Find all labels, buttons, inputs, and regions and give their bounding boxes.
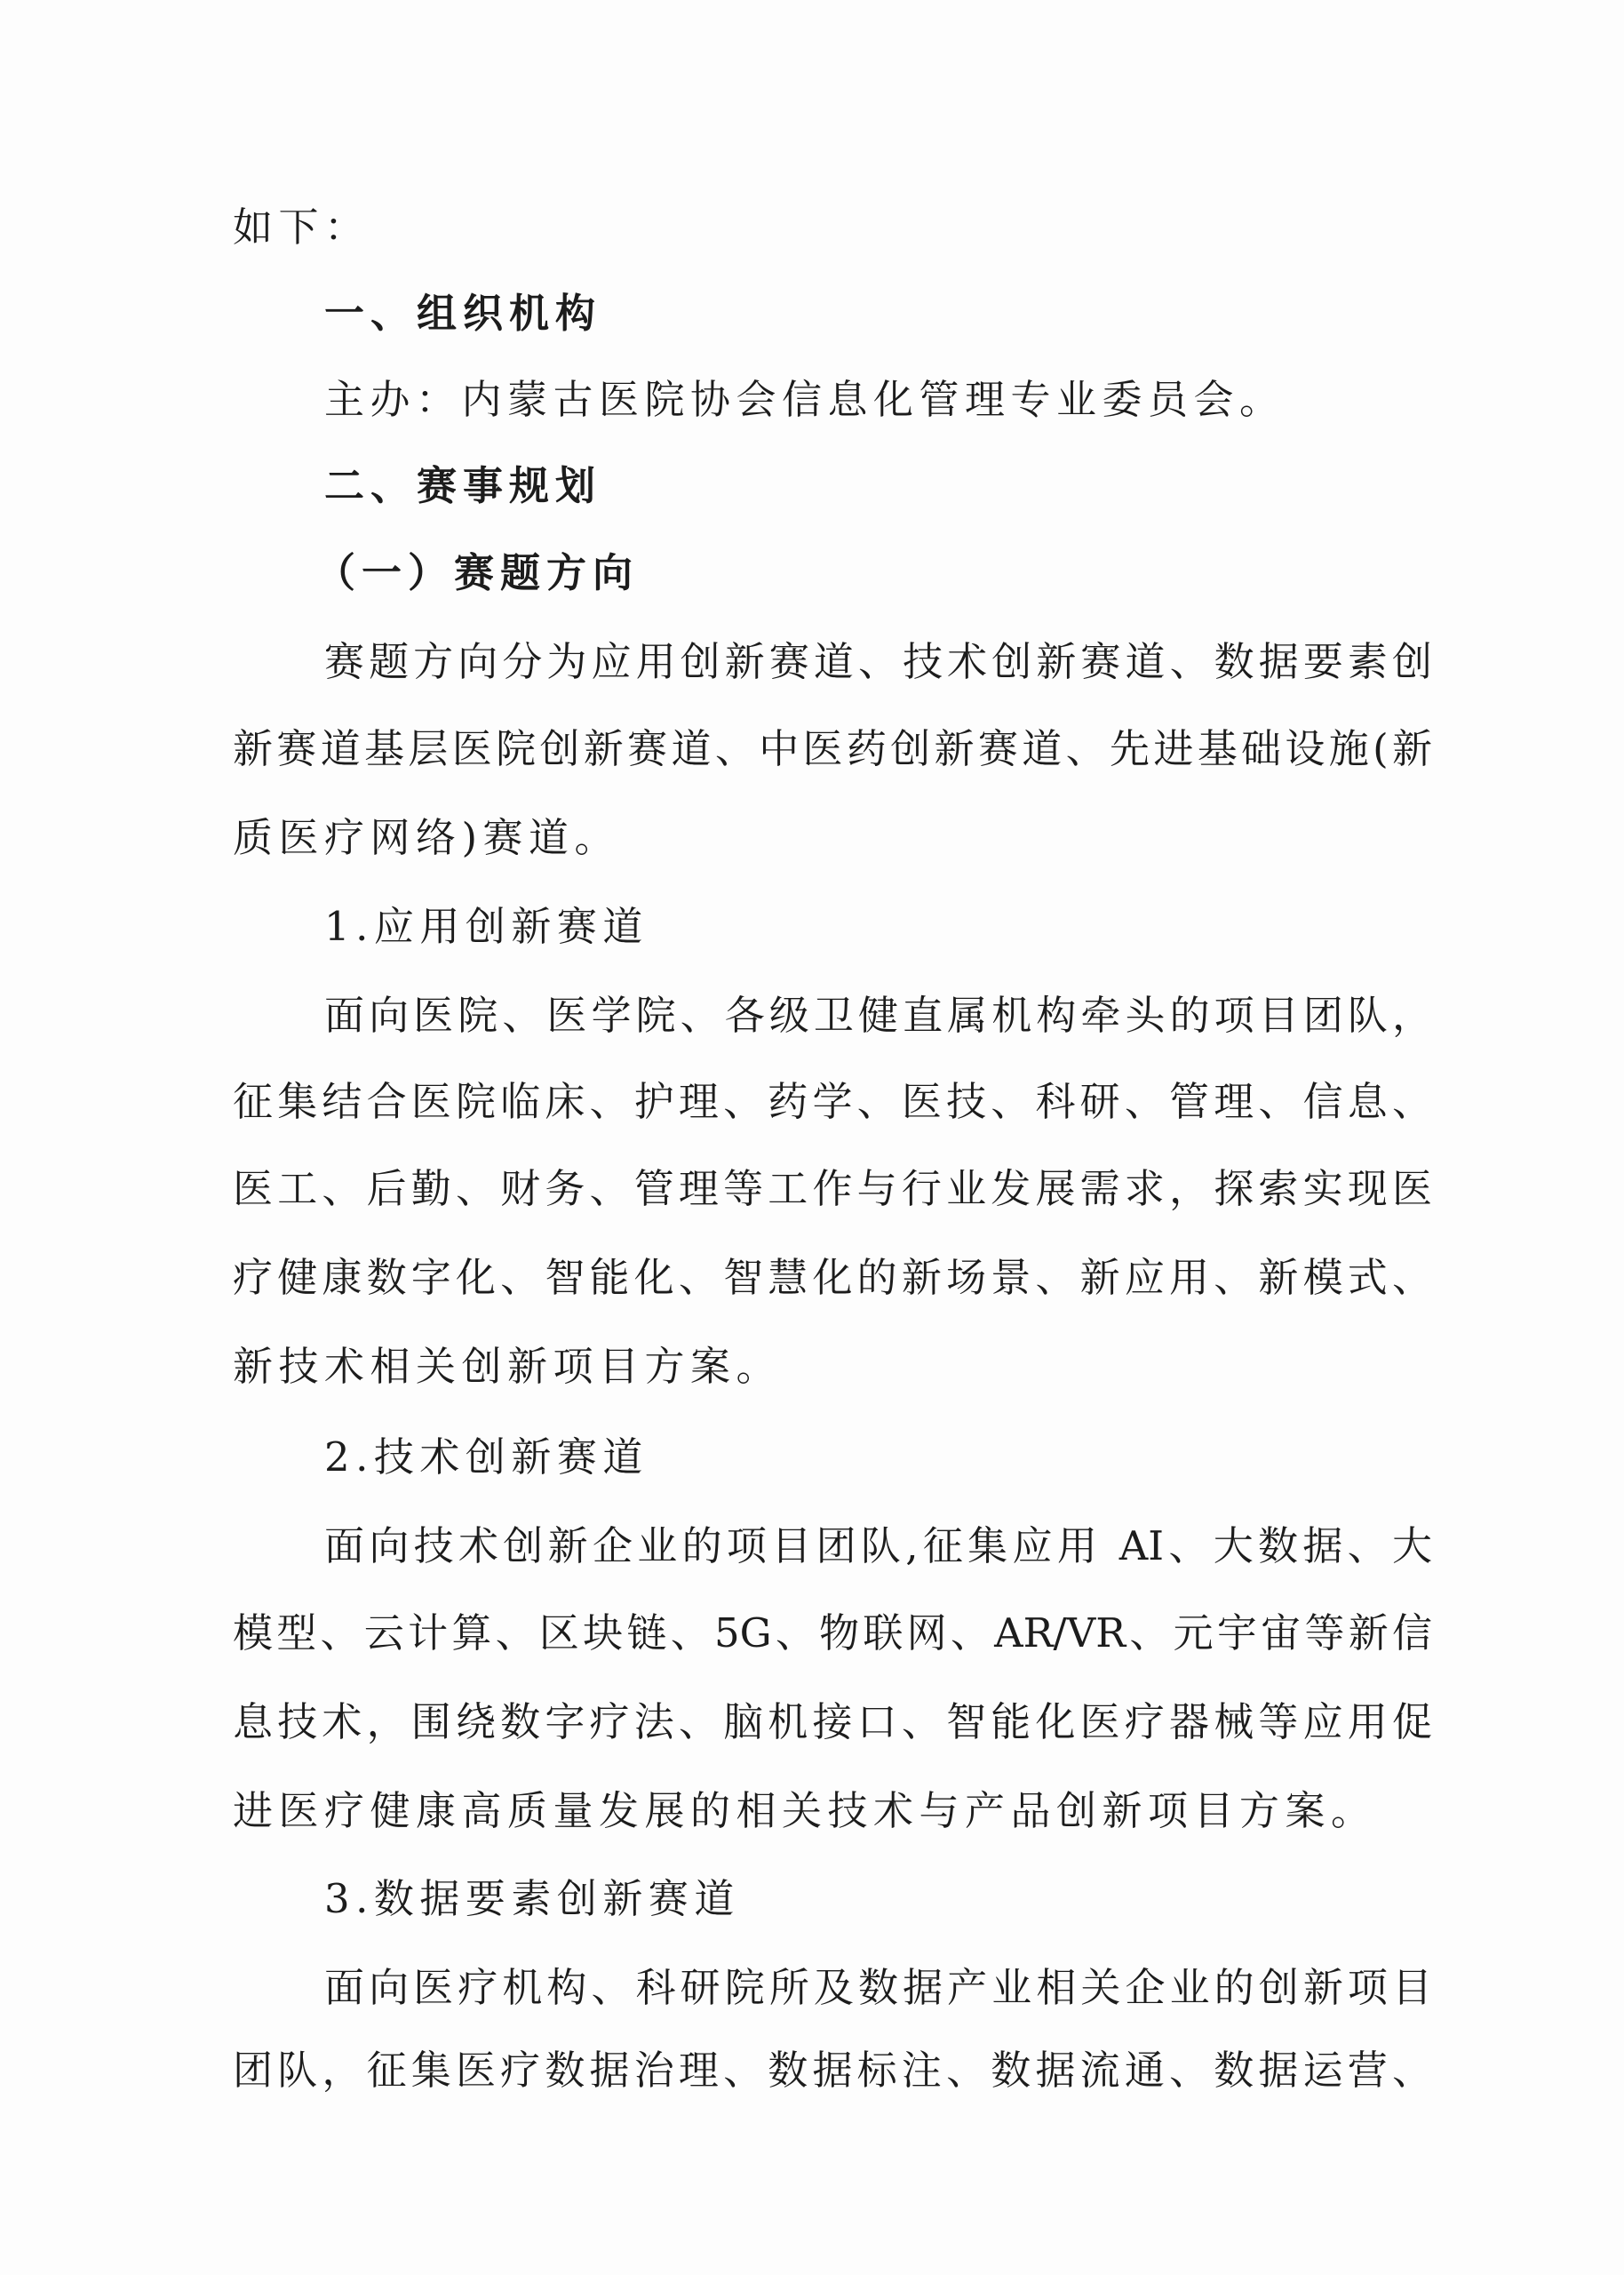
track-title-application: 1.应用创新赛道: [324, 900, 1524, 954]
paragraph-line: 进医疗健康高质量发展的相关技术与产品创新项目方案。: [233, 1784, 1432, 1838]
track-title-data-elements: 3.数据要素创新赛道: [324, 1872, 1524, 1926]
paragraph-line: 团队，征集医疗数据治理、数据标注、数据流通、数据运营、: [233, 2044, 1432, 2097]
paragraph-line: 面向医疗机构、科研院所及数据产业相关企业的创新项目: [324, 1961, 1432, 2015]
host-statement: 主办：内蒙古医院协会信息化管理专业委员会。: [324, 373, 1524, 427]
paragraph-line: 模型、云计算、区块链、5G、物联网、AR/VR、元宇宙等新信: [233, 1607, 1432, 1660]
section-heading-organization: 一、组织机构: [324, 287, 1524, 340]
paragraph-line: 赛题方向分为应用创新赛道、技术创新赛道、数据要素创: [324, 635, 1432, 689]
paragraph-line: 面向医院、医学院、各级卫健直属机构牵头的项目团队，: [324, 989, 1432, 1042]
paragraph-line: 征集结合医院临床、护理、药学、医技、科研、管理、信息、: [233, 1075, 1432, 1129]
section-heading-planning: 二、赛事规划: [324, 459, 1524, 513]
track-title-technology: 2.技术创新赛道: [324, 1431, 1524, 1484]
paragraph-line: 新赛道基层医院创新赛道、中医药创新赛道、先进基础设施(新: [233, 722, 1432, 776]
paragraph-line: 疗健康数字化、智能化、智慧化的新场景、新应用、新模式、: [233, 1251, 1432, 1305]
paragraph-line: 面向技术创新企业的项目团队,征集应用 AI、大数据、大: [324, 1520, 1432, 1573]
intro-text: 如下：: [233, 201, 1432, 254]
subsection-heading-directions: （一）赛题方向: [315, 547, 1515, 600]
paragraph-line: 医工、后勤、财务、管理等工作与行业发展需求，探索实现医: [233, 1162, 1432, 1216]
paragraph-line: 息技术，围绕数字疗法、脑机接口、智能化医疗器械等应用促: [233, 1696, 1432, 1749]
document-page: 如下： 一、组织机构 主办：内蒙古医院协会信息化管理专业委员会。 二、赛事规划 …: [0, 0, 1624, 2275]
paragraph-line: 新技术相关创新项目方案。: [233, 1340, 1432, 1393]
paragraph-line: 质医疗网络)赛道。: [233, 811, 1432, 865]
